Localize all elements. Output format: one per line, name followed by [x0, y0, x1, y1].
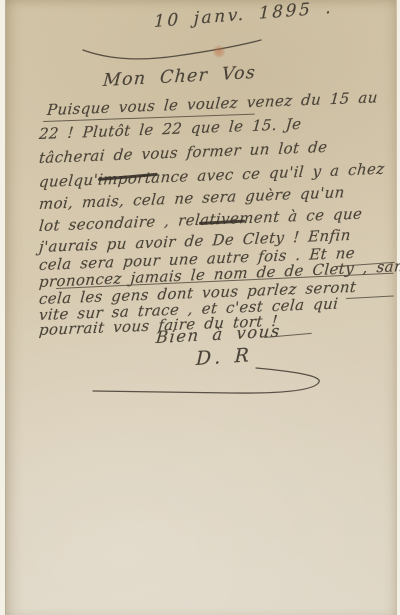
dash-after-seront: [346, 295, 394, 299]
salutation: Mon Cher Vos: [102, 63, 256, 91]
date-line: 10 janv. 1895 .: [154, 0, 334, 32]
paper-stain: [213, 45, 225, 58]
letter-paper: 10 janv. 1895 . Mon Cher Vos Puisque vou…: [5, 0, 397, 615]
date-underline-flourish: [81, 38, 266, 66]
letter-scan: 10 janv. 1895 . Mon Cher Vos Puisque vou…: [0, 0, 400, 615]
signature-flourish: [91, 360, 326, 398]
